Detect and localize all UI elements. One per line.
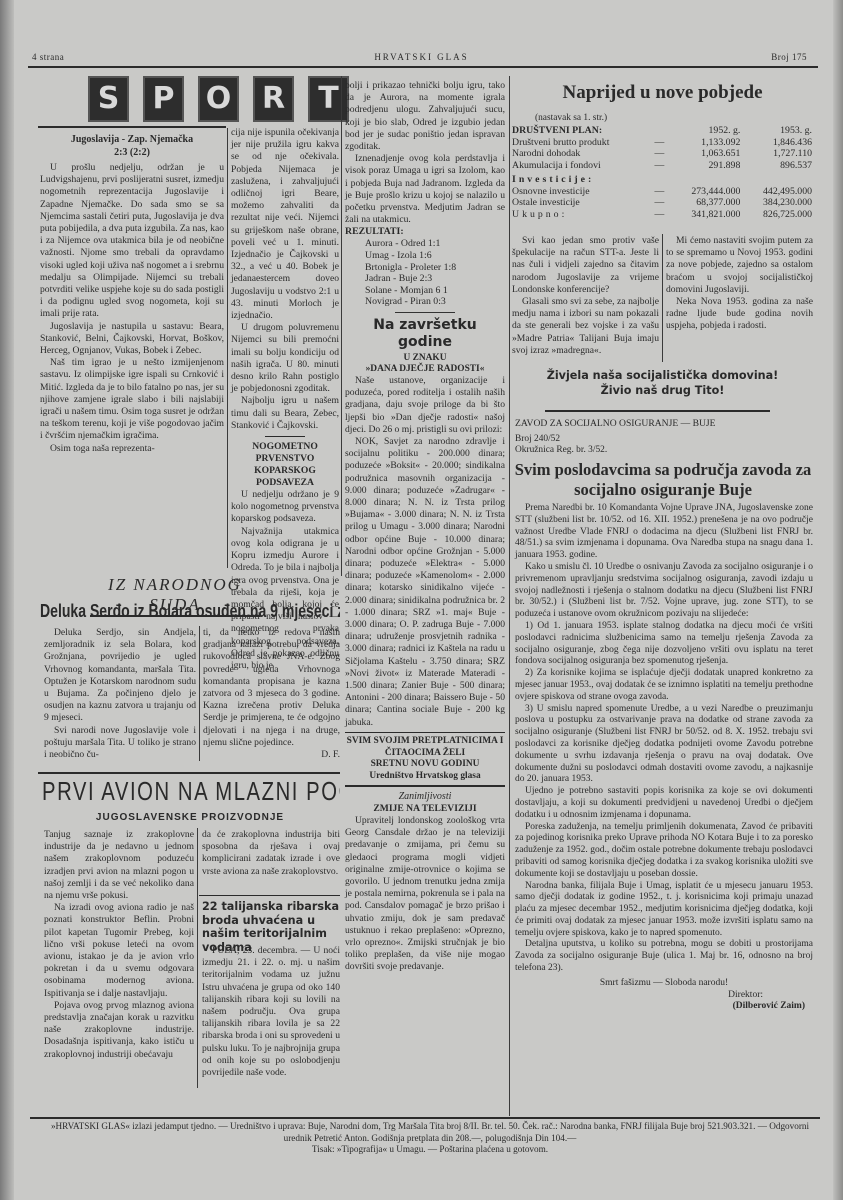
year-header: 1953. g.	[740, 125, 812, 137]
paragraph: Ujedno je potrebno sastaviti popis koris…	[515, 786, 813, 821]
table-row: Akumulacija i fondovi—291.898896.537	[512, 160, 812, 172]
paragraph: U prošlu nedjelju, održan je u Ludvigsha…	[40, 162, 224, 321]
paragraph: U nedjelju održano je 9 kolo nogometnog …	[231, 489, 339, 526]
divider	[199, 895, 340, 896]
paragraph: Deluka Serdjo, sin Andjela, zemljoradnik…	[44, 627, 196, 725]
paragraph: Tanjug saznaje iz zrakoplovne industrije…	[44, 829, 194, 902]
plan-title: Naprijed u nove pobjede	[510, 82, 815, 104]
ornament-divider	[395, 312, 455, 313]
paragraph: Glasali smo svi za sebe, za najbolje med…	[512, 296, 659, 357]
imprint: »HRVATSKI GLAS« izlazi jedamput tjedno. …	[50, 1121, 810, 1156]
paragraph: Svi narodi nove Jugoslavije vole i poštu…	[44, 725, 196, 762]
column-rule	[341, 76, 342, 576]
sport-letter: P	[143, 76, 184, 122]
table-row: Ostale investicije—68,377.000384,230.000	[512, 197, 812, 209]
notice-title: Svim poslodavcima sa područja zavoda za …	[512, 460, 814, 500]
match-article: Jugoslavija - Zap. Njemačka 2:3 (2:2) U …	[40, 133, 224, 455]
result-item: Novigrad - Piran 0:3	[365, 296, 505, 308]
sport-letter: R	[253, 76, 294, 122]
court-signature: D. F.	[203, 749, 340, 761]
paragraph: 2) Za korisnike kojima se isplaćuje dječ…	[515, 668, 813, 703]
result-item: Solane - Momjan 6 1	[365, 285, 505, 297]
paragraph: Prema Naredbi br. 10 Komandanta Vojne Up…	[515, 503, 813, 562]
scan-edge-left	[0, 0, 14, 1200]
paragraph: Narodna banka, filijala Buje i Umag, isp…	[515, 881, 813, 940]
notice-refs: Broj 240/52 Okružnica Reg. br. 3/52.	[515, 434, 607, 456]
curiosities-kicker: Zanimljivosti	[345, 790, 505, 803]
paragraph: 1) Od 1. januara 1953. isplate stalnog d…	[515, 621, 813, 668]
paragraph: Svi kao jedan smo protiv vaše špekulacij…	[512, 235, 659, 296]
signer-role: Direktor:	[515, 990, 813, 1002]
column-rule	[227, 128, 228, 568]
notice-body: Prema Naredbi br. 10 Komandanta Vojne Up…	[515, 503, 813, 1013]
result-item: Brtonigla - Proleter 1:8	[365, 262, 505, 274]
paragraph: Najbolju igru u našem timu dali su Beara…	[231, 395, 339, 432]
results-list: Aurora - Odred 1:1 Umag - Izola 1:6 Brto…	[345, 238, 505, 308]
results-label: REZULTATI:	[345, 226, 505, 238]
plan-table: DRUŠTVENI PLAN: 1952. g. 1953. g. Društv…	[512, 125, 812, 220]
imprint-line: »HRVATSKI GLAS« izlazi jedamput tjedno. …	[50, 1121, 810, 1144]
jet-col1: Tanjug saznaje iz zrakoplovne industrije…	[44, 829, 194, 1061]
column-rule	[199, 626, 200, 761]
column-rule	[197, 828, 198, 1088]
footer-rule	[30, 1117, 820, 1119]
paragraph: Jugoslavija je nastupila u sastavu: Bear…	[40, 321, 224, 358]
result-item: Aurora - Odred 1:1	[365, 238, 505, 250]
slogan: Živjela naša socijalistička domovina!	[510, 368, 815, 383]
plan-continuation: (nastavak sa 1. str.)	[535, 113, 607, 123]
table-row: Osnovne investicije—273,444.000442,495.0…	[512, 186, 812, 198]
paragraph: PULA, 23. decembra. — U noći izmedju 21.…	[202, 945, 340, 1079]
paragraph: U drugom poluvremenu Nijemci su bili pre…	[231, 322, 339, 395]
slogan: Živio naš drug Tito!	[510, 383, 815, 398]
jet-col2: da će zrakoplovna industrija biti sposob…	[202, 829, 340, 878]
year-end-subtitle: U ZNAKU	[345, 353, 505, 364]
signer-name: (Dilberović Zaim)	[515, 1001, 813, 1013]
divider	[545, 410, 770, 412]
paragraph: Naše ustanove, organizacije i poduzeća, …	[345, 375, 505, 436]
result-item: Umag - Izola 1:6	[365, 250, 505, 262]
table-row: Društveni brutto produkt—1,133.0921,846.…	[512, 137, 812, 149]
divider	[38, 126, 226, 128]
year-end-title: Na završetku godine	[345, 317, 505, 351]
jet-title: PRVI AVION NA MLAZNI POGON	[42, 776, 340, 806]
paragraph: Mi ćemo nastaviti svojim putem za to se …	[666, 235, 813, 296]
paragraph: Poreska zaduženja, na temelju primljenih…	[515, 822, 813, 881]
paragraph: Osim toga naša reprezenta-	[40, 443, 224, 455]
paragraph: ti, da netko iz redova naših gradjana na…	[203, 627, 340, 749]
paragraph: Detaljna uputstva, u koliko su potrebna,…	[515, 939, 813, 974]
paragraph: Pojava ovog prvog mlaznog aviona predsta…	[44, 1000, 194, 1061]
issue-number: Broj 175	[771, 52, 807, 62]
imprint-line: Tisak: »Tipografija« u Umagu. — Poštarin…	[50, 1144, 810, 1156]
paragraph: Upravitelj londonskog zoološkog vrta Geo…	[345, 815, 505, 974]
sport-banner: S P O R T	[88, 76, 349, 122]
result-item: Jadran - Buje 2:3	[365, 273, 505, 285]
notice-closing: Smrt fašizmu — Sloboda narodu!	[515, 978, 813, 990]
plan-right-text: Mi ćemo nastaviti svojim putem za to se …	[666, 235, 813, 333]
paragraph: Neka Nova 1953. godina za naše radne lju…	[666, 296, 813, 333]
notice-institution: ZAVOD ZA SOCIJALNO OSIGURANJE — BUJE	[515, 418, 716, 429]
header-rule	[28, 66, 818, 68]
match-title: Jugoslavija - Zap. Njemačka	[40, 133, 224, 146]
paragraph: Kako u smislu čl. 10 Uredbe o osnivanju …	[515, 562, 813, 621]
court-col2: ti, da netko iz redova naših gradjana na…	[203, 627, 340, 761]
sport-letter: O	[198, 76, 239, 122]
sport-letter: T	[308, 76, 349, 122]
paragraph: 3) U smislu napred spomenute Uredbe, a u…	[515, 704, 813, 787]
paragraph: da će zrakoplovna industrija biti sposob…	[202, 829, 340, 878]
notice-ref: Broj 240/52	[515, 434, 607, 445]
table-row: Ukupno:—341,821.000826,725.000	[512, 209, 812, 221]
match-score: 2:3 (2:2)	[40, 146, 224, 159]
fishing-body: PULA, 23. decembra. — U noći izmedju 21.…	[202, 945, 340, 1079]
paragraph: NOK, Savjet za narodno zdravlje i socija…	[345, 436, 505, 729]
scan-edge-right	[833, 0, 843, 1200]
column-rule	[662, 234, 663, 362]
plan-section-label: DRUŠTVENI PLAN:	[512, 125, 654, 137]
year-end-subtitle: »DANA DJEČJE RADOSTI«	[345, 364, 505, 375]
masthead: HRVATSKI GLAS	[0, 52, 843, 62]
league-article-continued: bolji i prikazao tehnički bolju igru, ta…	[345, 80, 505, 974]
court-title: Deluka Serđo iz Bolara osuđen na 9 mjese…	[40, 600, 340, 622]
paragraph: Naš tim igrao je u nešto izmijenjenom sa…	[40, 357, 224, 442]
jet-subtitle: JUGOSLAVENSKE PROIZVODNJE	[40, 812, 340, 823]
greeting: SVIM SVOJIM PRETPLATNICIMA I ČITAOCIMA Ž…	[345, 736, 505, 782]
league-title: NOGOMETNO PRVENSTVO KOPARSKOG PODSAVEZA	[231, 441, 339, 489]
divider	[38, 772, 340, 774]
table-row: Narodni dohodak—1,063.6511,727.110	[512, 148, 812, 160]
court-title-wrap: Deluka Serđo iz Bolara osuđen na 9 mjese…	[40, 600, 340, 622]
greeting-line: SVIM SVOJIM PRETPLATNICIMA I ČITAOCIMA Ž…	[345, 736, 505, 759]
slogans: Živjela naša socijalistička domovina! Ži…	[510, 368, 815, 398]
paragraph: Na izradi ovog aviona radio je naš pozna…	[44, 902, 194, 1000]
court-col1: Deluka Serdjo, sin Andjela, zemljoradnik…	[44, 627, 196, 761]
jet-title-wrap: PRVI AVION NA MLAZNI POGON	[42, 776, 340, 806]
paragraph: cija nije ispunila očekivanja jer nije p…	[231, 127, 339, 322]
plan-section-label: Investicije:	[512, 171, 812, 186]
column-rule	[509, 76, 510, 1116]
curiosities-title: ZMIJE NA TELEVIZIJI	[345, 803, 505, 815]
notice-ref: Okružnica Reg. br. 3/52.	[515, 445, 607, 456]
year-header: 1952. g.	[669, 125, 741, 137]
paragraph: Iznenadjenje ovog kola perdstavlja i vis…	[345, 153, 505, 226]
plan-left-text: Svi kao jedan smo protiv vaše špekulacij…	[512, 235, 659, 357]
greeting-line: SRETNU NOVU GODINU	[345, 759, 505, 771]
sport-letter: S	[88, 76, 129, 122]
greeting-signature: Uredništvo Hrvatskog glasa	[345, 771, 505, 783]
newspaper-page: 4 strana HRVATSKI GLAS Broj 175 S P O R …	[0, 0, 843, 1200]
paragraph: bolji i prikazao tehnički bolju igru, ta…	[345, 80, 505, 153]
